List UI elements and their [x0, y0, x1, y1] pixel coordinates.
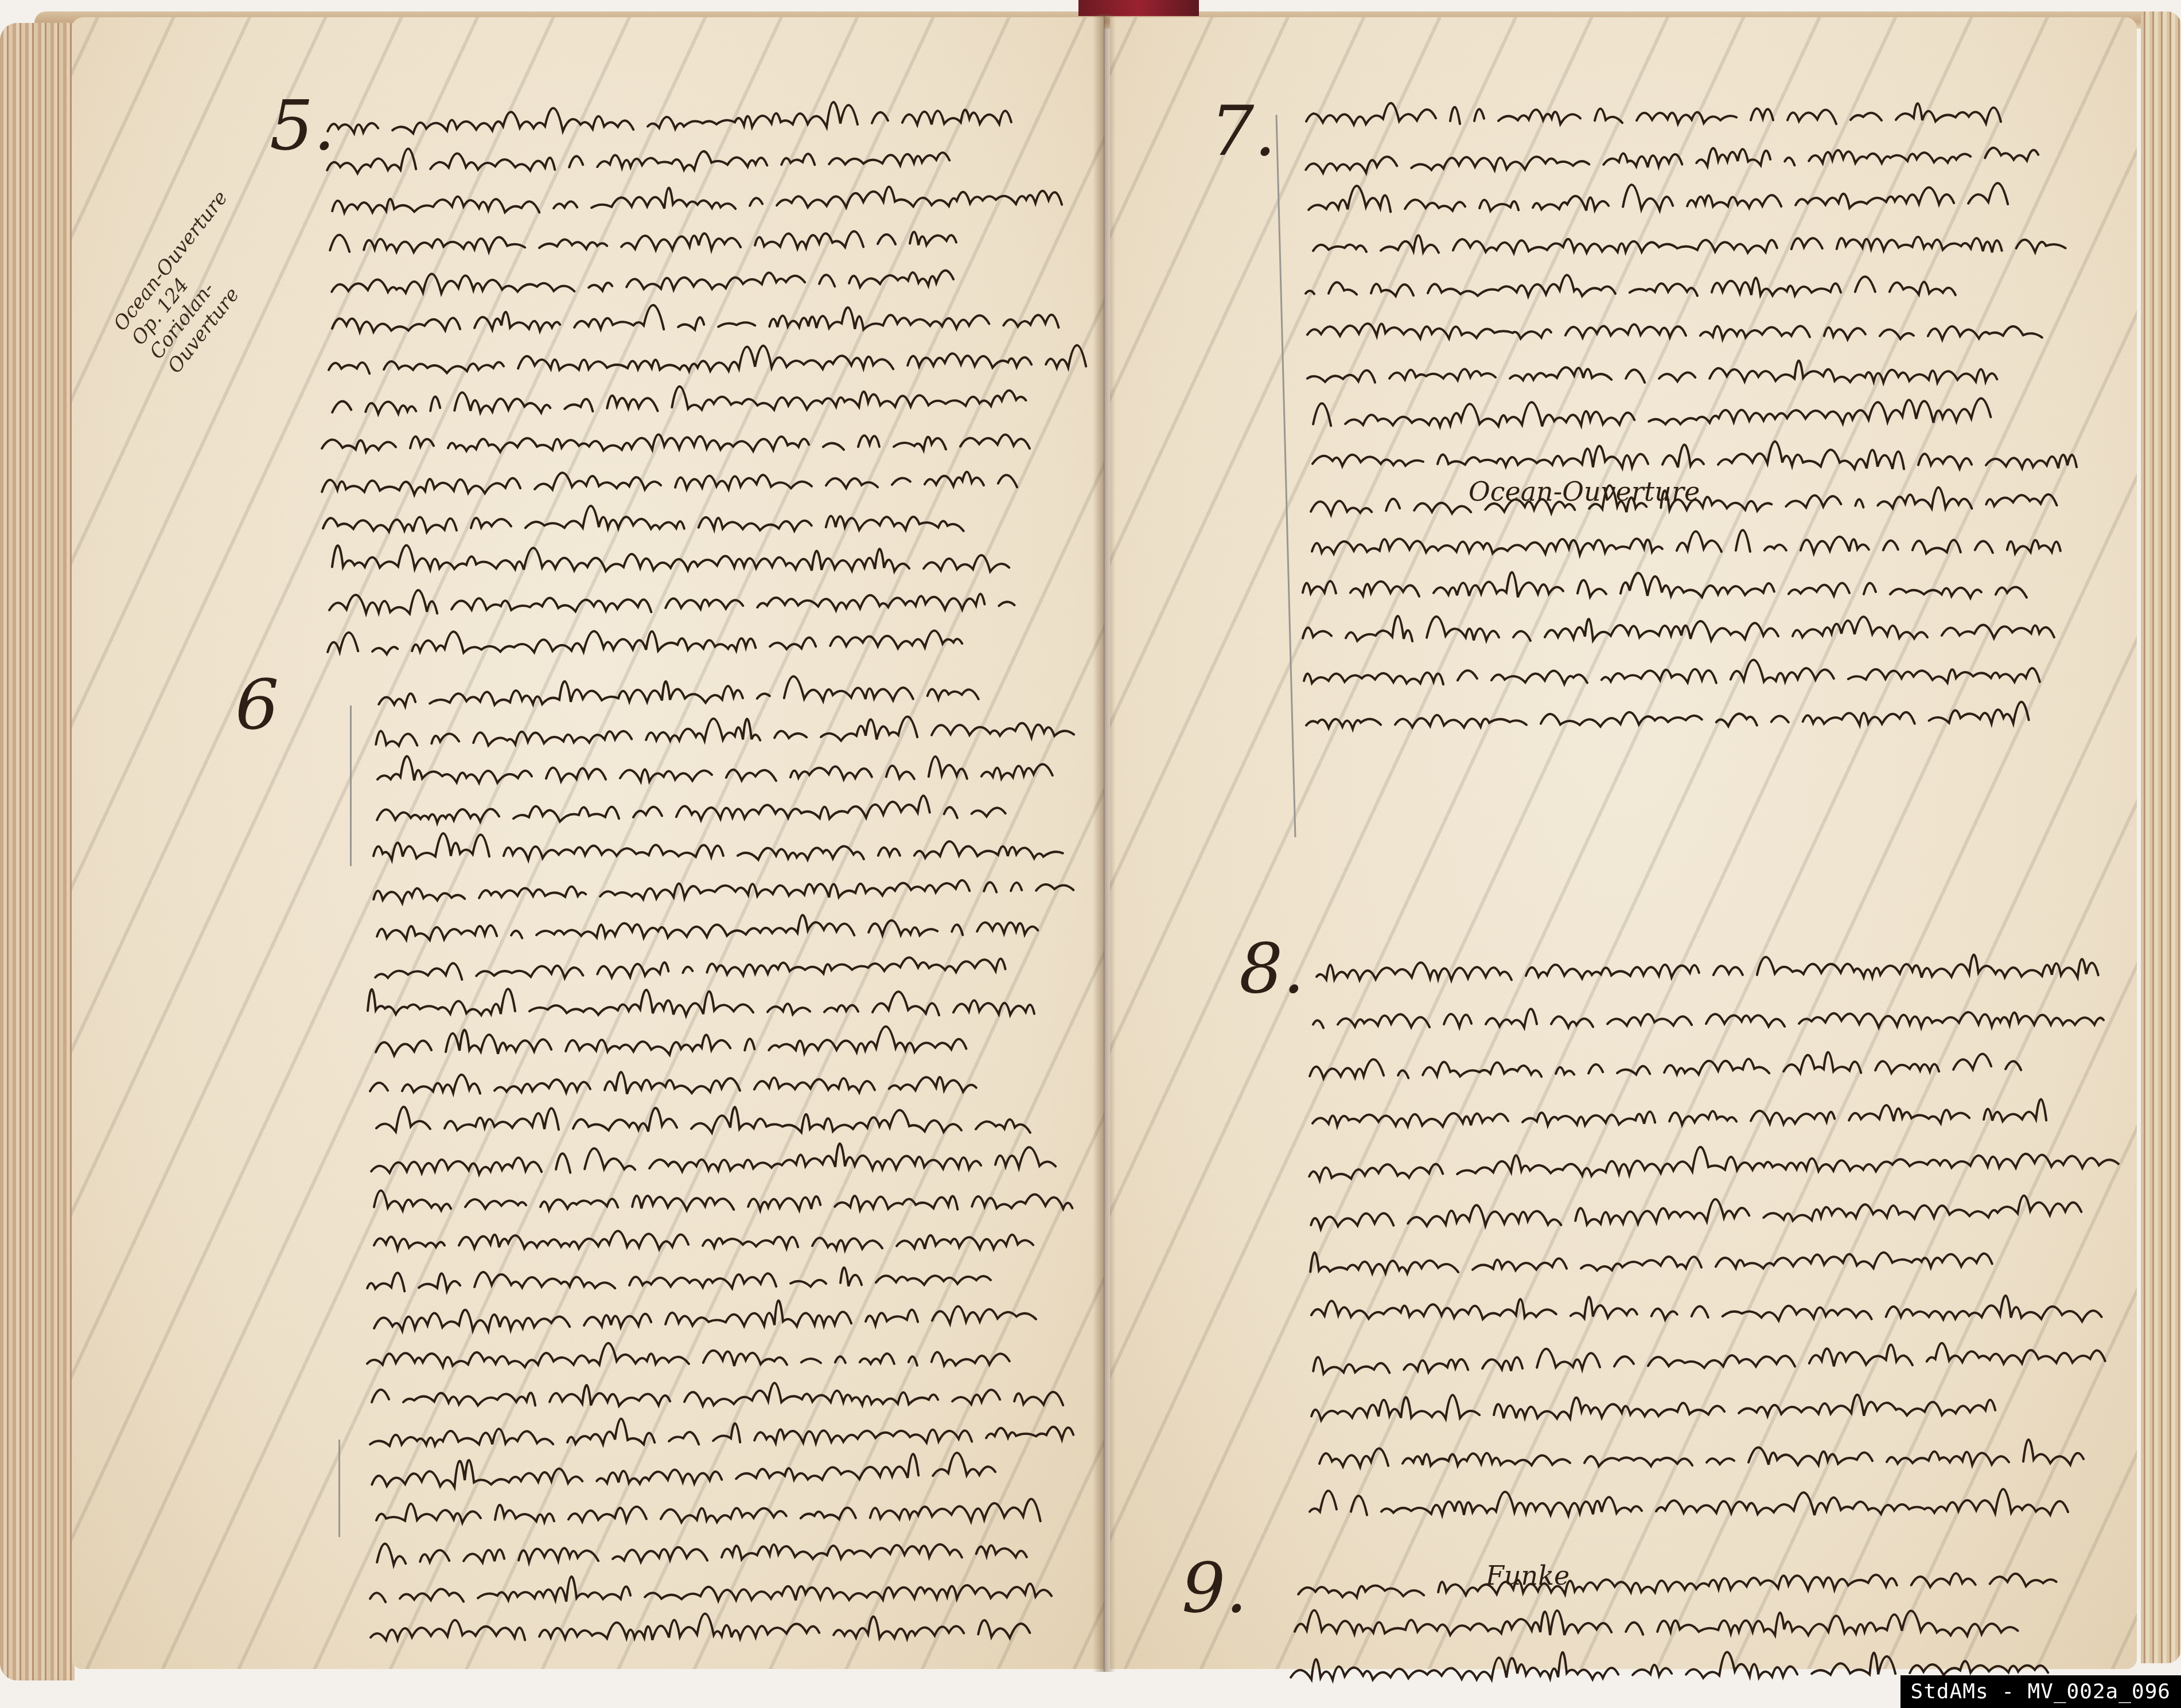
archive-caption: StdAMs - MV_002a_096: [1900, 1675, 2181, 1708]
section-number-7: 7.: [1210, 92, 1276, 171]
pencil-bracket: [338, 1440, 340, 1537]
section-number-5: 5.: [270, 86, 336, 166]
pencil-bracket: [350, 705, 352, 866]
section-number-8: 8.: [1239, 929, 1305, 1009]
center-gutter: [1093, 14, 1116, 1672]
section-number-9: 9.: [1182, 1549, 1248, 1628]
handwritten-line: [1319, 1427, 2074, 1484]
handwritten-line: [1310, 1476, 2061, 1531]
handwritten-line: [1306, 685, 2018, 745]
book-spread: 5. 6 7. 8. 9. Ocean-Ouverture Op. 124 Co…: [0, 0, 2181, 1708]
legible-fragment: Ocean-Ouverture: [1469, 476, 1700, 507]
handwritten-line: [1317, 939, 2111, 997]
section-number-6: 6: [235, 665, 279, 745]
page-edges-left: [0, 23, 75, 1680]
page-edges-right: [2141, 11, 2181, 1663]
handwritten-line: [370, 1600, 1010, 1658]
binding-spine: [1078, 0, 1199, 16]
legible-fragment: Funke: [1486, 1560, 1569, 1591]
